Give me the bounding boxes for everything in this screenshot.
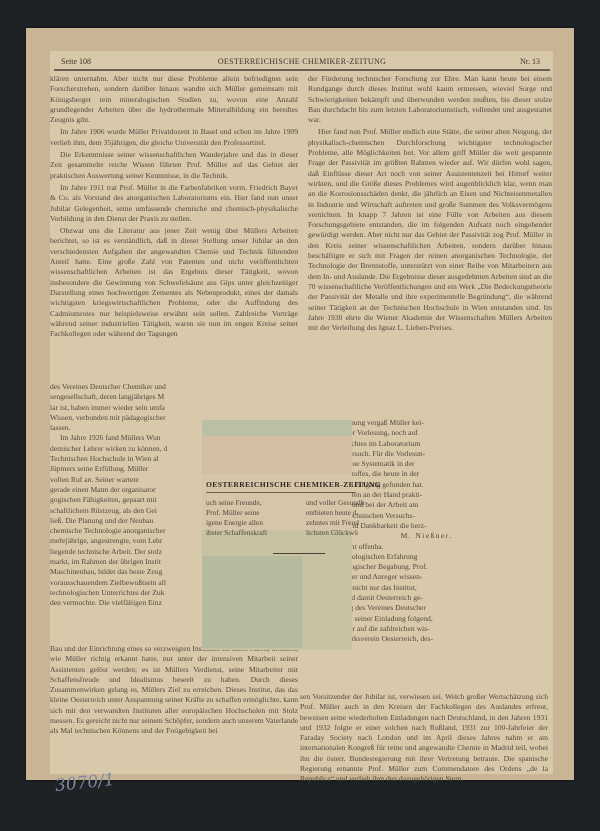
overlay-col2: und voller Gesundh entbieten heute d zeh… (306, 498, 364, 538)
paragraph: der Förderung technischer Forschung zur … (308, 74, 552, 125)
paragraph: Hier fand nun Prof. Müller endlich eine … (308, 127, 552, 333)
paragraph: Obzwar uns die Literatur aus jener Zeit … (50, 226, 298, 339)
paragraph: Bau und der Einrichtung eines so verzwei… (50, 644, 298, 737)
text-line: liegende technische Arbeit. Der stolz (50, 547, 198, 557)
issue-number: Nr. 13 (520, 57, 540, 66)
signature-rule (273, 553, 325, 554)
green-tape-band (202, 420, 352, 436)
text-line: gogischen Fähigkeiten, gepaart mit (50, 495, 198, 505)
text-line: Prof. Müller seine (206, 508, 267, 518)
text-line: lassen. (50, 423, 198, 433)
text-line: lar ist, haben immer wieder sein umfa (50, 403, 198, 413)
text-line: zehntes mit Freud (306, 518, 364, 528)
paragraph: Im Jahre 1906 wurde Müller Privatdozent … (50, 127, 298, 148)
text-line: gerade einen Mann der organisator (50, 485, 198, 495)
left-column-top: klären unternahm. Aber nicht nur diese P… (50, 74, 298, 341)
author-signature: M. Nießner. (401, 531, 453, 540)
left-column-bottom: Bau und der Einrichtung eines so verzwei… (50, 644, 298, 739)
text-line: entbieten heute d (306, 508, 364, 518)
text-line: technologischen Unterrichtes der Zuk (50, 588, 198, 598)
text-line: den vermochte. Die vielfältigen Einz (50, 598, 198, 608)
page-header: Seite 108 OESTERREICHISCHE CHEMIKER-ZEIT… (52, 52, 552, 68)
text-line: des Vereines Deutscher Chemiker und (50, 382, 198, 392)
text-line: sengesellschaft, deren langjähriges M (50, 392, 198, 402)
text-line: vollen Ruf an. Seiner wartete (50, 475, 198, 485)
overlay-header: OESTERREICHISCHE CHEMIKER-ZEITUNG (206, 480, 381, 489)
paragraph: klären unternahm. Aber nicht nur diese P… (50, 74, 298, 125)
text-line: lichsten Glückwü (306, 528, 364, 538)
paragraph: sen Vorsitzender der Jubilar ist, verwie… (300, 692, 548, 785)
green-paper-patch (202, 556, 302, 648)
right-column-top: der Förderung technischer Forschung zur … (308, 74, 552, 335)
text-line: vorausschauendem Zielbewußtsein all (50, 578, 198, 588)
text-line: mehrjährige, angestrengte, vom Lehr (50, 536, 198, 546)
text-line: Maschinenbau, bildet das beste Zeug (50, 567, 198, 577)
overlay-rule (206, 492, 356, 493)
left-column-mid: des Vereines Deutscher Chemiker und seng… (50, 382, 198, 644)
text-line: und voller Gesundh (306, 498, 364, 508)
text-line: uch seine Freunde, (206, 498, 267, 508)
right-column-bottom: sen Vorsitzender der Jubilar ist, verwie… (300, 692, 548, 787)
text-line: igene Energie allen (206, 518, 267, 528)
journal-title: OESTERREICHISCHE CHEMIKER-ZEITUNG (52, 57, 552, 66)
overlay-col1: uch seine Freunde, Prof. Müller seine ig… (206, 498, 267, 538)
text-line: schaftlichem Rüstzeug, als den Gei (50, 506, 198, 516)
header-rule (54, 69, 550, 71)
text-line: markt, im Rahmen der übrigen Instit (50, 557, 198, 567)
paragraph: Die Erkenntnisse seiner wissenschaftlich… (50, 150, 298, 181)
text-line: Technischen Hochschule in Wien al (50, 454, 198, 464)
text-line: ibster Schaffenskraft (206, 528, 267, 538)
text-line: Wissen, verbunden mit pädagogischer (50, 413, 198, 423)
text-line: Jüptners seine Erfüllung. Müller (50, 464, 198, 474)
paragraph: Im Jahre 1911 trat Prof. Müller in die F… (50, 183, 298, 224)
text-line: Im Jahre 1926 fand Müllers Wun (50, 433, 198, 443)
text-line: chemische Technologie anorganischer (50, 526, 198, 536)
text-line: demischer Lehrer wirken zu können, d (50, 444, 198, 454)
text-line: ließ. Die Planung und der Neubau (50, 516, 198, 526)
